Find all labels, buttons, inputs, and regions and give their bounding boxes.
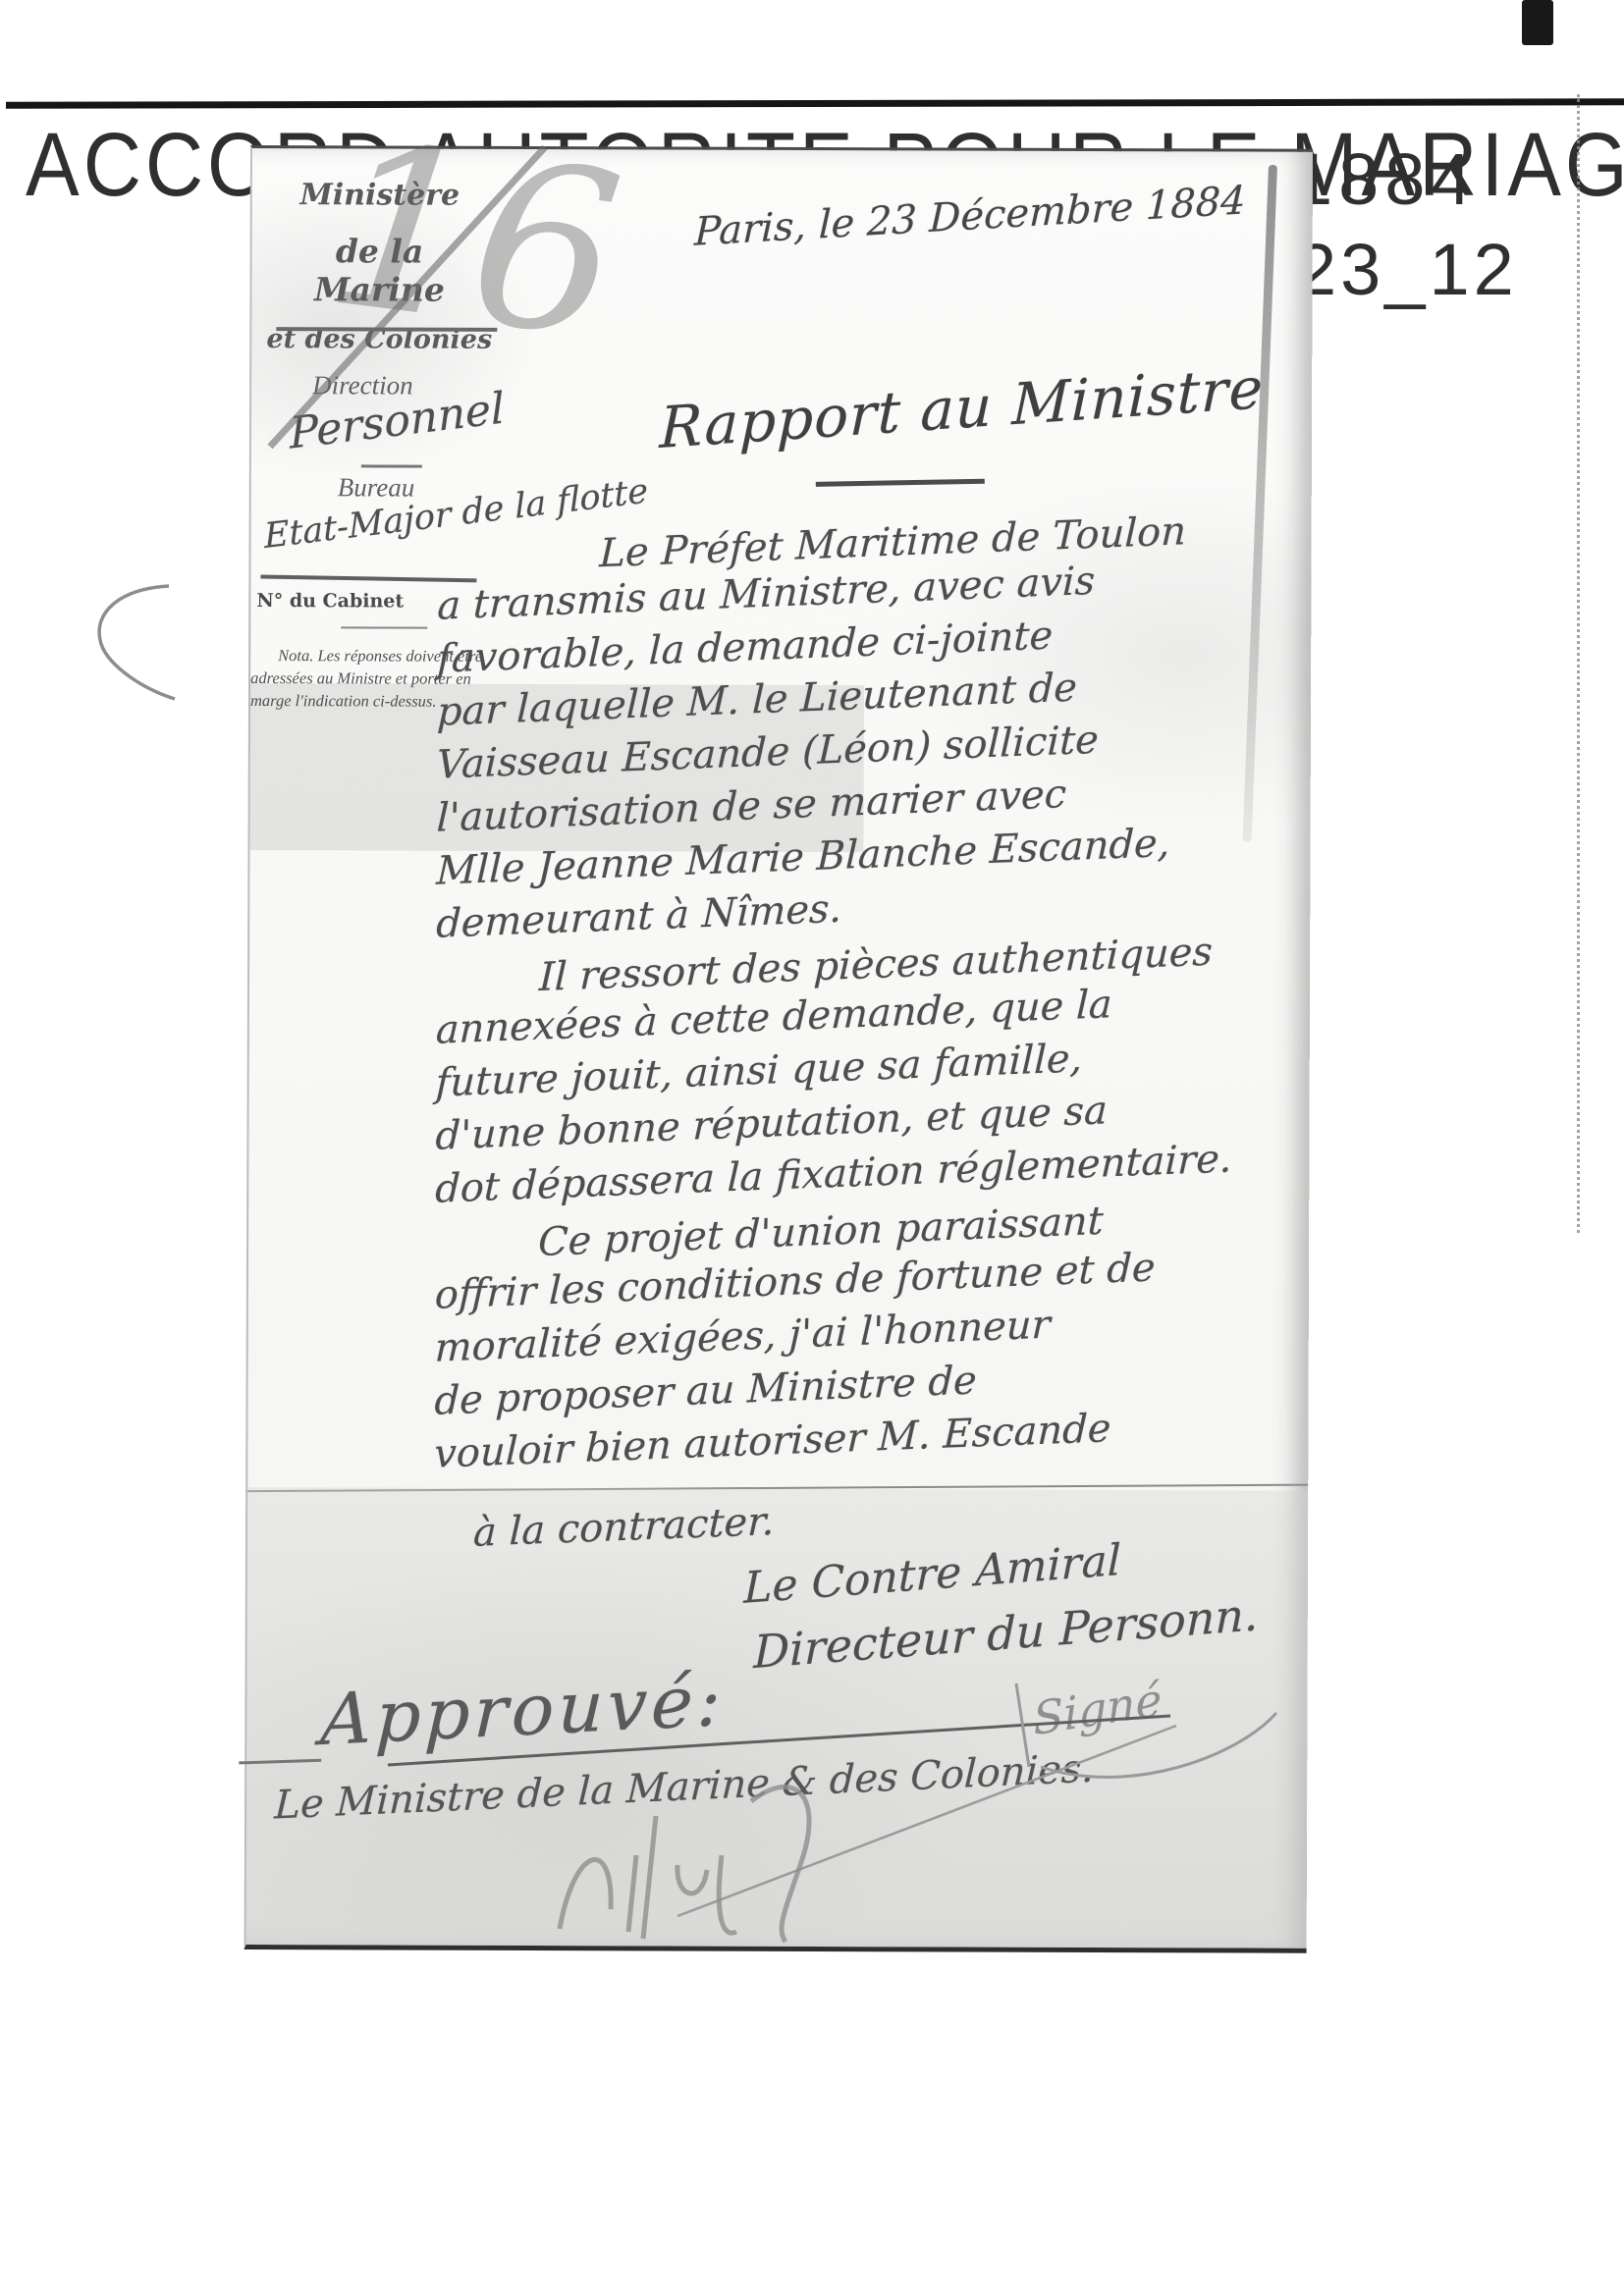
year-annotation: 1884 — [1292, 137, 1478, 221]
letterhead-dash — [361, 464, 422, 467]
letterhead-rule — [341, 626, 427, 628]
pencil-bracket — [99, 586, 175, 699]
body-line: à la contracter. — [472, 1474, 1318, 1560]
dateline: Paris, le 23 Décembre 1884 — [694, 178, 1247, 255]
scan-perforation-line — [1577, 94, 1580, 1233]
cabinet-number-label: N° du Cabinet — [256, 590, 404, 613]
report-heading: Rapport au Ministre — [659, 354, 1265, 461]
letter-body: Le Préfet Maritime de Toulon a transmis … — [434, 527, 1322, 1563]
letter-sheet: Ministère de la Marine et des Colonies 1… — [244, 145, 1313, 1953]
top-rule — [6, 98, 1624, 108]
scan-corner-artifact — [1522, 0, 1553, 45]
date-code-annotation: 23_12 — [1296, 228, 1518, 311]
bureau-label: Bureau — [338, 472, 415, 503]
heading-underline — [816, 479, 985, 487]
registry-number: 16 — [317, 112, 630, 372]
scanned-document-page: ACCORD AUTORITE POUR LE MARIAGE 1884 23_… — [0, 0, 1624, 2296]
letterhead-rule — [276, 327, 497, 332]
